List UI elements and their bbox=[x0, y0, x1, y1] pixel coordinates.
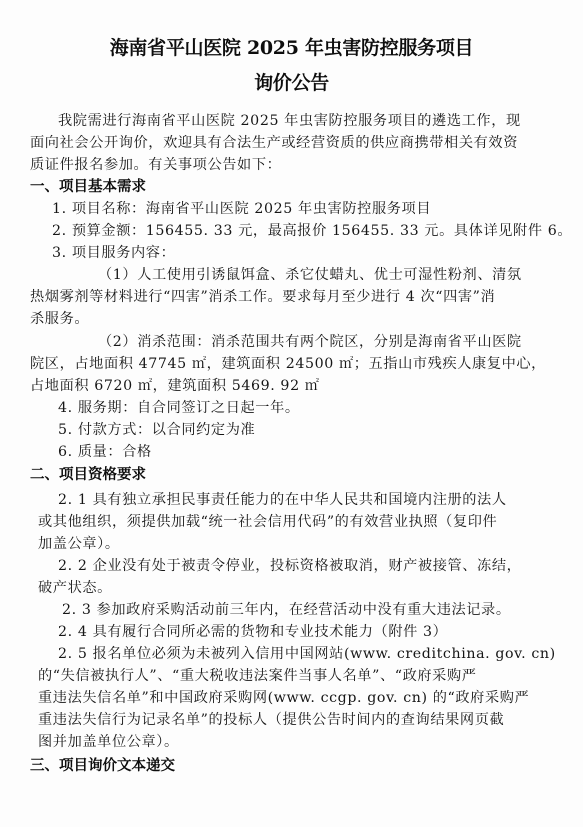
section-heading-submission: 三、项目询价文本递交 bbox=[30, 756, 175, 776]
item-service-content: 3. 项目服务内容： bbox=[52, 243, 175, 263]
item-payment-method: 5. 付款方式：以合同约定为准 bbox=[58, 420, 255, 440]
req-2-3: 2. 3 参加政府采购活动前三年内，在经营活动中没有重大违法记录。 bbox=[62, 600, 511, 620]
item-service-period: 4. 服务期：自合同签订之日起一年。 bbox=[58, 398, 300, 418]
document-subtitle: 询价公告 bbox=[0, 68, 583, 95]
service-sub2-line-2: 院区，占地面积 47745 ㎡，建筑面积 24500 ㎡；五指山市残疾人康复中心… bbox=[30, 354, 546, 374]
item-project-name: 1. 项目名称：海南省平山医院 2025 年虫害防控服务项目 bbox=[52, 199, 431, 219]
req-2-5-line-5: 图并加盖单位公章）。 bbox=[38, 732, 179, 752]
req-2-1-line-1: 2. 1 具有独立承担民事责任能力的在中华人民共和国境内注册的法人 bbox=[58, 490, 507, 510]
document-page: 海南省平山医院 2025 年虫害防控服务项目 询价公告 我院需进行海南省平山医院… bbox=[0, 0, 583, 827]
section-heading-basic-requirements: 一、项目基本需求 bbox=[30, 177, 146, 197]
service-sub2-line-3: 占地面积 6720 ㎡，建筑面积 5469. 92 ㎡ bbox=[30, 376, 320, 396]
req-2-1-line-3: 加盖公章）。 bbox=[38, 534, 120, 554]
req-2-1-line-2: 或其他组织，须提供加载“统一社会信用代码”的有效营业执照（复印件 bbox=[38, 512, 497, 532]
service-sub1-line-1: （1）人工使用引诱鼠饵盒、杀它仗蜡丸、优士可湿性粉剂、清氛 bbox=[98, 265, 522, 285]
req-2-4: 2. 4 具有履行合同所必需的货物和专业技术能力（附件 3） bbox=[58, 622, 447, 642]
req-2-2-line-2: 破产状态。 bbox=[38, 578, 112, 598]
req-2-5-line-2: 的“失信被执行人”、“重大税收违法案件当事人名单”、“政府采购严 bbox=[38, 666, 477, 686]
intro-line-2: 面向社会公开询价，欢迎具有合法生产或经营资质的供应商携带相关有效资 bbox=[30, 133, 518, 153]
req-2-5-line-4: 重违法失信行为记录名单”的投标人（提供公告时间内的查询结果网页截 bbox=[38, 710, 504, 730]
document-title: 海南省平山医院 2025 年虫害防控服务项目 bbox=[0, 33, 583, 60]
service-sub1-line-3: 杀服务。 bbox=[30, 309, 89, 329]
service-sub1-line-2: 热烟雾剂等材料进行“四害”消杀工作。要求每月至少进行 4 次“四害”消 bbox=[30, 287, 495, 307]
item-quality: 6. 质量：合格 bbox=[58, 442, 152, 462]
service-sub2-line-1: （2）消杀范围：消杀范围共有两个院区，分别是海南省平山医院 bbox=[98, 332, 522, 352]
section-heading-qualification: 二、项目资格要求 bbox=[30, 465, 146, 485]
intro-line-3: 质证件报名参加。有关事项公告如下： bbox=[30, 155, 281, 175]
intro-line-1: 我院需进行海南省平山医院 2025 年虫害防控服务项目的遴选工作，现 bbox=[58, 111, 521, 131]
req-2-5-line-1: 2. 5 报名单位必须为未被列入信用中国网站(www. creditchina.… bbox=[58, 644, 556, 664]
req-2-2-line-1: 2. 2 企业没有处于被责令停业，投标资格被取消，财产被接管、冻结， bbox=[58, 556, 521, 576]
item-budget: 2. 预算金额：156455. 33 元，最高报价 156455. 33 元。具… bbox=[52, 221, 572, 241]
req-2-5-line-3: 重违法失信名单”和中国政府采购网(www. ccgp. gov. cn) 的“政… bbox=[38, 688, 529, 708]
